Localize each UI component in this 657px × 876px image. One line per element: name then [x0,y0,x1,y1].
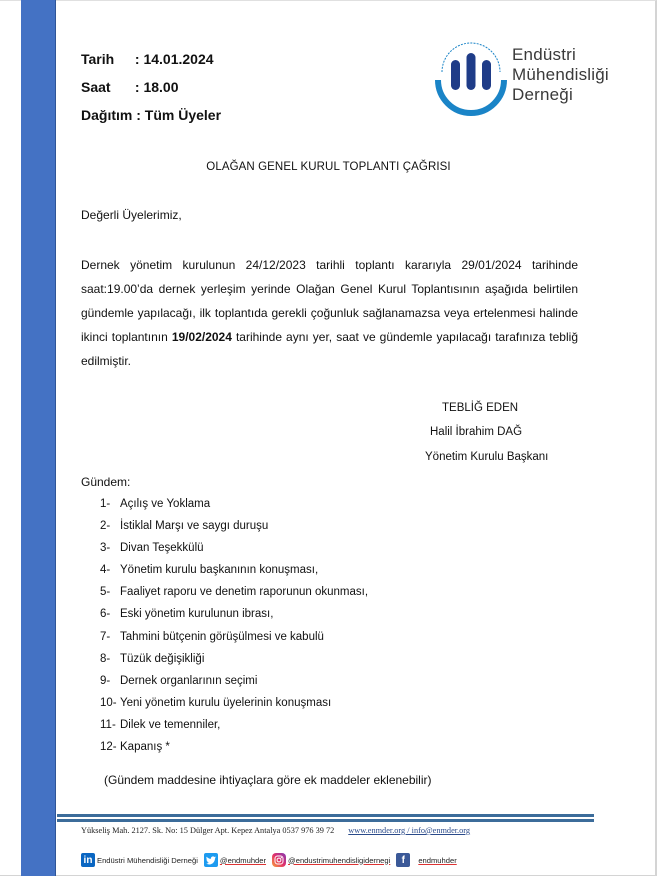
agenda-item: 10-Yeni yönetim kurulu üyelerinin konuşm… [100,696,368,718]
website-email-link[interactable]: www.enmder.org / info@enmder.org [348,826,470,835]
agenda-item-text: İstiklal Marşı ve saygı duruşu [120,519,268,541]
distribution-label: Dağıtım [81,101,132,129]
agenda-item-number: 8- [100,652,120,674]
agenda-item-number: 3- [100,541,120,563]
facebook-icon[interactable]: f [396,853,410,867]
logo-emblem-icon [432,36,510,116]
association-logo: Endüstri Mühendisliği Derneği [432,36,622,116]
agenda-item-number: 12- [100,740,120,762]
agenda-item-text: Yeni yönetim kurulu üyelerinin konuşması [120,696,331,718]
date-value: : 14.01.2024 [135,51,214,67]
second-meeting-date: 19/02/2024 [172,330,232,344]
body-text-segment: tarihinde aynı yer, saat ve gündemle yap… [232,330,578,344]
time-row: Saat : 18.00 [81,73,221,101]
agenda-heading: Gündem: [81,475,130,489]
agenda-item-number: 4- [100,563,120,585]
agenda-item-number: 2- [100,519,120,541]
twitter-handle[interactable]: @endmuhder [220,856,266,865]
agenda-item: 2-İstiklal Marşı ve saygı duruşu [100,519,368,541]
time-value: : 18.00 [135,79,179,95]
instagram-handle[interactable]: @endustrimuhendisligidernegi [288,856,390,865]
document-header: Tarih : 14.01.2024 Saat : 18.00 Dağıtım … [81,45,221,129]
left-accent-bar [21,0,56,876]
time-label: Saat [81,73,131,101]
agenda-item-text: Tüzük değişikliği [120,652,204,674]
body-line: Dernek yönetim kurulunun 24/12/2023 tari… [81,253,578,277]
signatory-name: Halil İbrahim DAĞ [430,426,522,438]
agenda-item-text: Yönetim kurulu başkanının konuşması, [120,563,318,585]
agenda-item-number: 9- [100,674,120,696]
agenda-item-number: 11- [100,718,120,740]
agenda-item: 4-Yönetim kurulu başkanının konuşması, [100,563,368,585]
agenda-note: (Gündem maddesine ihtiyaçlara göre ek ma… [104,773,432,787]
agenda-item: 8-Tüzük değişikliği [100,652,368,674]
logo-line-1: Endüstri [512,45,609,65]
agenda-item-text: Açılış ve Yoklama [120,497,210,519]
body-line: gündemle yapılacağı, ilk toplantıda gere… [81,301,578,325]
agenda-item-number: 10- [100,696,120,718]
facebook-handle[interactable]: endmuhder [418,856,456,865]
agenda-item: 12-Kapanış * [100,740,368,762]
distribution-row: Dağıtım : Tüm Üyeler [81,101,221,129]
instagram-icon[interactable] [272,853,286,867]
agenda-list: 1-Açılış ve Yoklama2-İstiklal Marşı ve s… [100,497,368,762]
agenda-item-text: Eski yönetim kurulunun ibrası, [120,607,273,629]
agenda-item-text: Tahmini bütçenin görüşülmesi ve kabulü [120,630,324,652]
logo-wordmark: Endüstri Mühendisliği Derneği [512,45,609,105]
date-row: Tarih : 14.01.2024 [81,45,221,73]
logo-line-2: Mühendisliği [512,65,609,85]
agenda-item-number: 5- [100,585,120,607]
agenda-item-number: 7- [100,630,120,652]
agenda-item-text: Divan Teşekkülü [120,541,204,563]
body-line: edilmiştir. [81,349,578,373]
twitter-icon[interactable] [204,853,218,867]
linkedin-icon[interactable]: in [81,853,95,867]
agenda-item-text: Dilek ve temenniler, [120,718,220,740]
agenda-item-text: Dernek organlarının seçimi [120,674,257,696]
agenda-item-text: Faaliyet raporu ve denetim raporunun oku… [120,585,368,607]
distribution-value: : Tüm Üyeler [136,107,221,123]
greeting: Değerli Üyelerimiz, [81,208,182,222]
linkedin-handle[interactable]: Endüstri Mühendisliği Derneği [97,856,198,865]
date-label: Tarih [81,45,131,73]
body-line: ikinci toplantının 19/02/2024 tarihinde … [81,325,578,349]
footer-divider [57,814,594,822]
footer-address: Yükseliş Mah. 2127. Sk. No: 15 Dülger Ap… [81,826,470,835]
agenda-item: 7-Tahmini bütçenin görüşülmesi ve kabulü [100,630,368,652]
agenda-item: 11-Dilek ve temenniler, [100,718,368,740]
logo-line-3: Derneği [512,85,609,105]
agenda-item: 6-Eski yönetim kurulunun ibrası, [100,607,368,629]
agenda-item-number: 1- [100,497,120,519]
agenda-item: 3-Divan Teşekkülü [100,541,368,563]
agenda-item: 9-Dernek organlarının seçimi [100,674,368,696]
signature-label: TEBLİĞ EDEN [442,402,518,414]
agenda-item-number: 6- [100,607,120,629]
body-text-segment: ikinci toplantının [81,330,172,344]
document-title: OLAĞAN GENEL KURUL TOPLANTI ÇAĞRISI [0,161,657,173]
agenda-item: 5-Faaliyet raporu ve denetim raporunun o… [100,585,368,607]
signatory-role: Yönetim Kurulu Başkanı [425,451,548,463]
address-text: Yükseliş Mah. 2127. Sk. No: 15 Dülger Ap… [81,826,334,835]
agenda-item-text: Kapanış * [120,740,170,762]
body-paragraph: Dernek yönetim kurulunun 24/12/2023 tari… [81,253,578,373]
agenda-item: 1-Açılış ve Yoklama [100,497,368,519]
body-line: saat:19.00’da dernek yerleşim yerinde Ol… [81,277,578,301]
social-links: in Endüstri Mühendisliği Derneği @endmuh… [81,853,463,867]
